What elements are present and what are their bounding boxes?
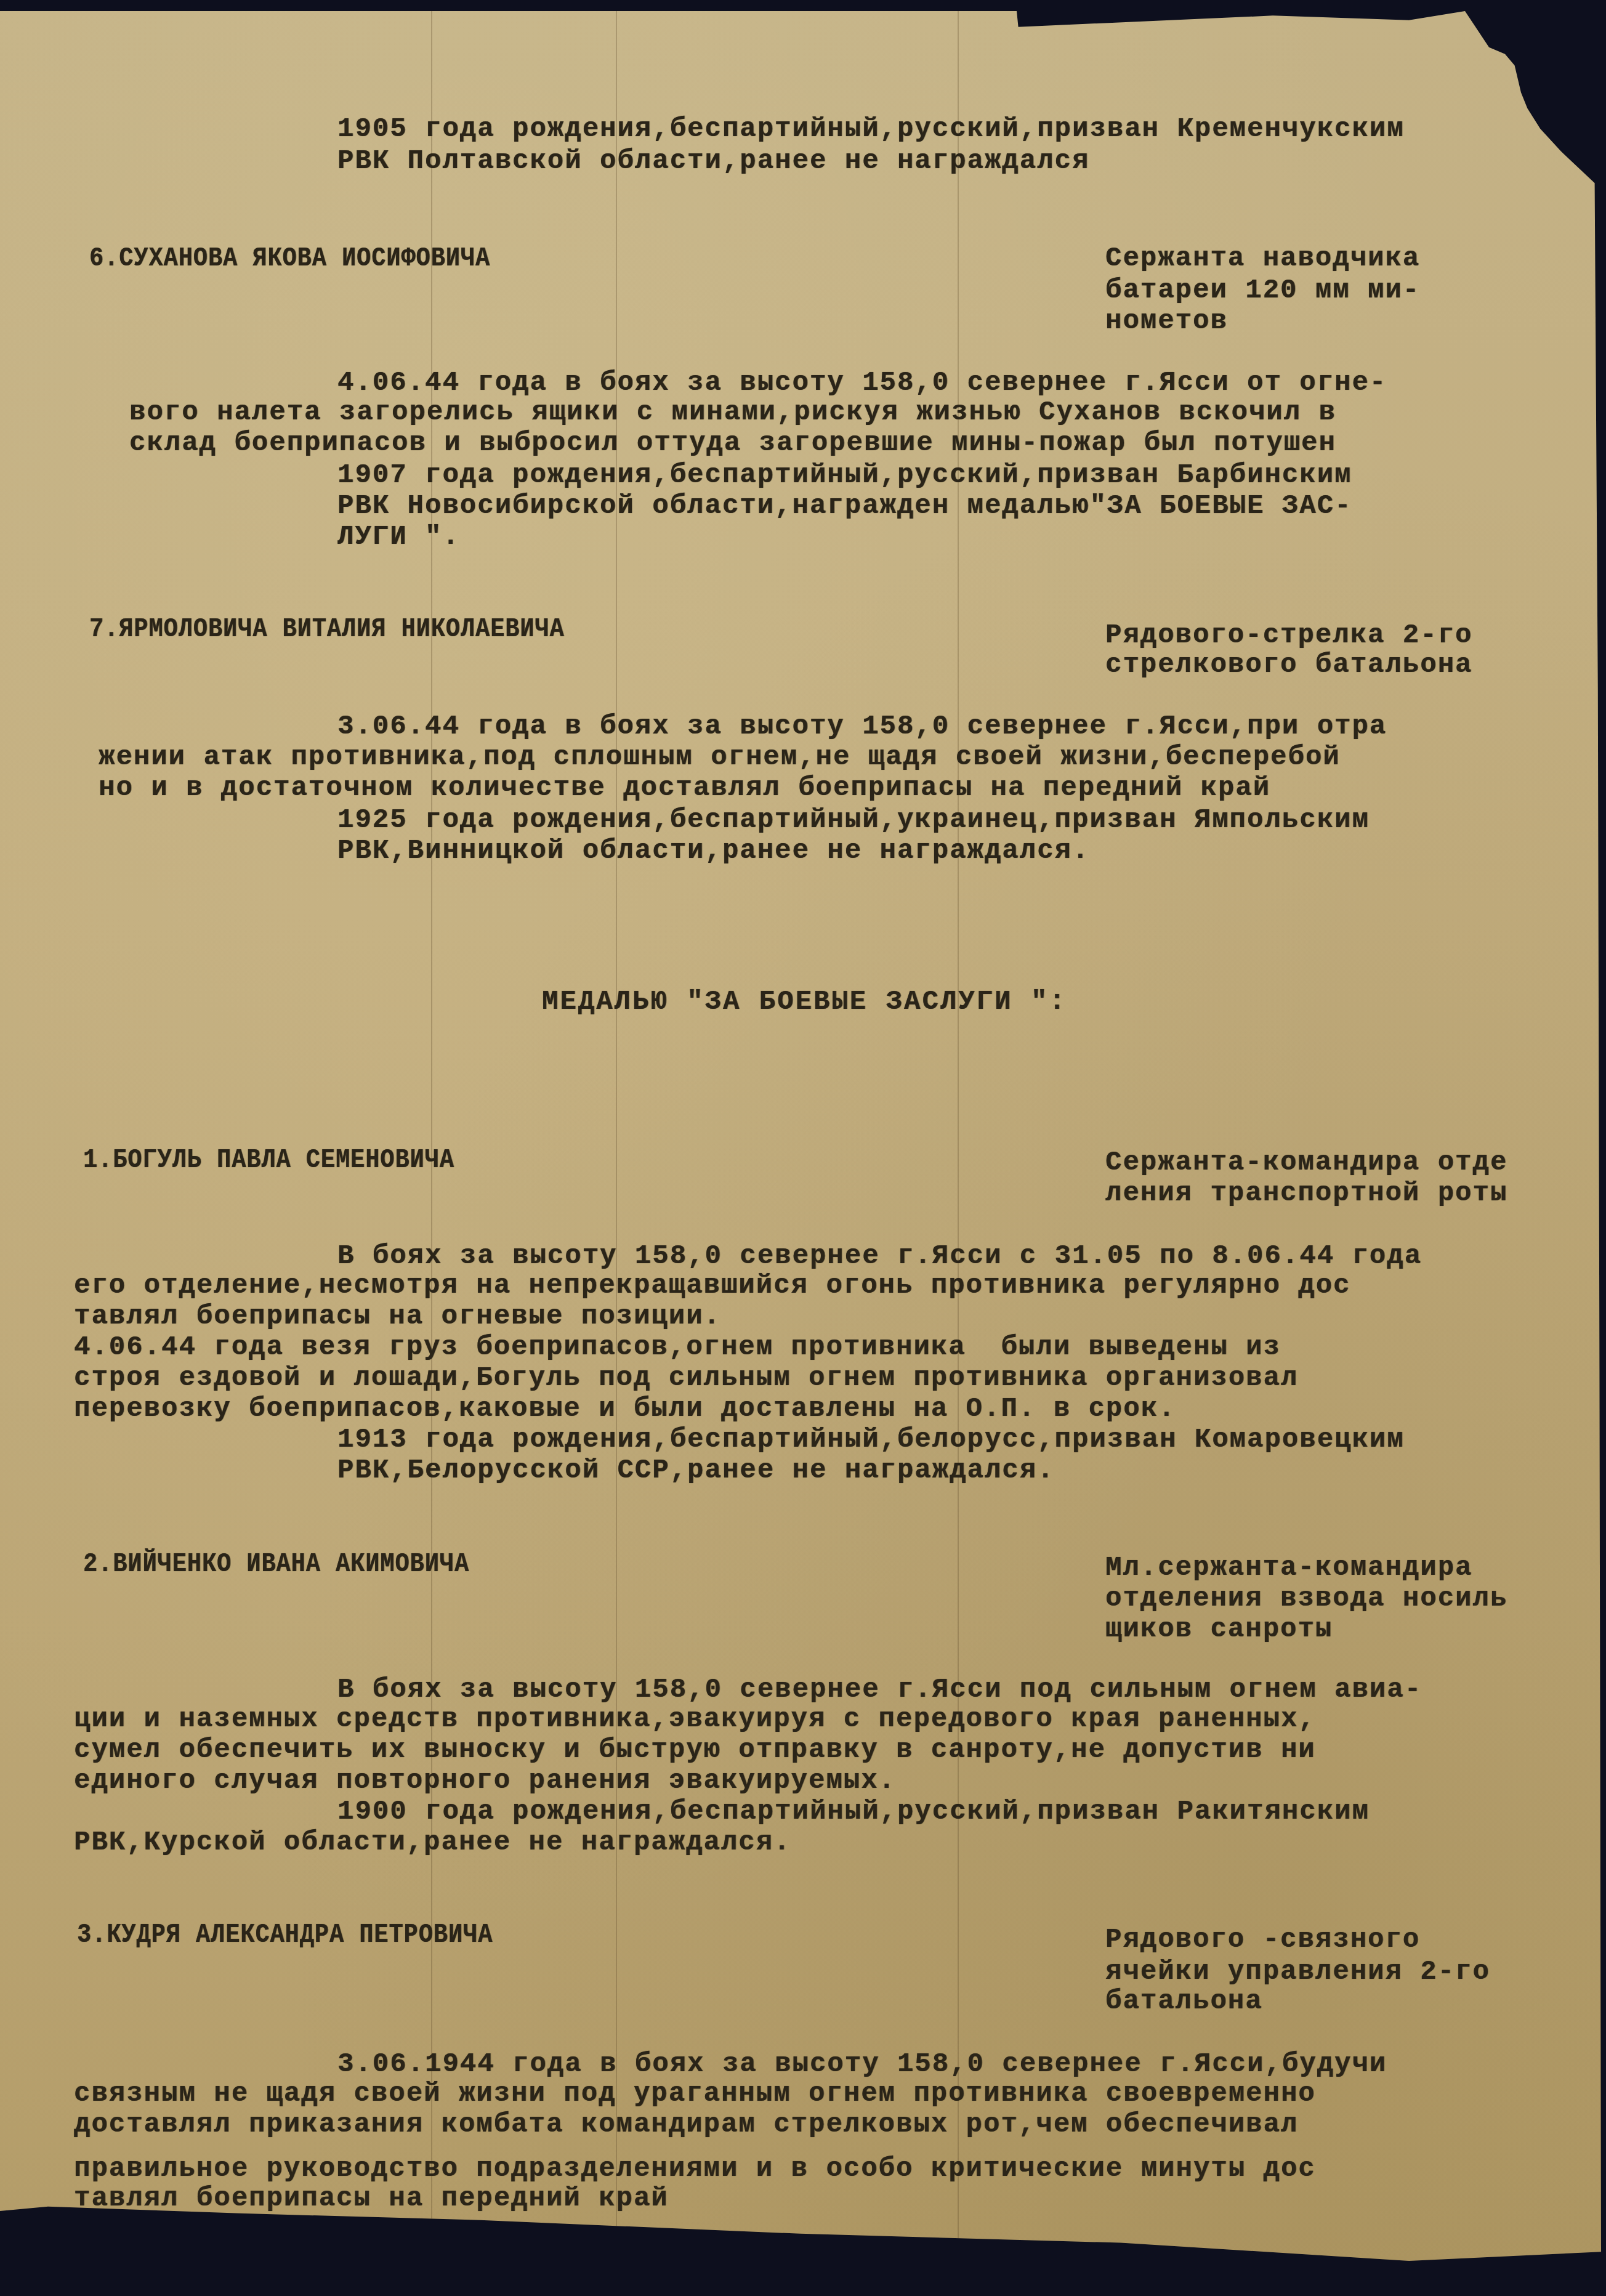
- citation-line: строя ездовой и лошади,Богуль под сильны…: [74, 1365, 1298, 1392]
- paper-fold-line: [616, 11, 617, 2274]
- recipient-rank: батальона: [1105, 1988, 1263, 2015]
- citation-line: тавлял боеприпасы на передний край: [74, 2185, 669, 2212]
- section-heading: МЕДАЛЬЮ "ЗА БОЕВЫЕ ЗАСЛУГИ ":: [542, 988, 1067, 1016]
- recipient-rank: ячейки управления 2-го: [1105, 1958, 1490, 1986]
- recipient-rank: Рядового-стрелка 2-го: [1105, 622, 1473, 649]
- citation-line: В боях за высоту 158,0 севернее г.Ясси с…: [337, 1243, 1422, 1270]
- citation-line: перевозку боеприпасов,каковые и были дос…: [74, 1396, 1176, 1423]
- recipient-rank: нометов: [1105, 308, 1228, 335]
- citation-line: 4.06.44 года везя груз боеприпасов,огнем…: [74, 1334, 1281, 1361]
- bio-line: РВК,Курской области,ранее не награждался…: [74, 1829, 791, 1856]
- continuation-line: РВК Полтавской области,ранее не награжда…: [337, 148, 1089, 175]
- citation-line: доставлял приказания комбата командирам …: [74, 2111, 1298, 2138]
- citation-line: но и в достаточном количестве доставлял …: [99, 775, 1270, 802]
- recipient-rank: Сержанта-командира отде: [1105, 1149, 1507, 1176]
- citation-line: сумел обеспечить их выноску и быструю от…: [74, 1737, 1316, 1764]
- recipient-name: 6.СУХАНОВА ЯКОВА ИОСИФОВИЧА: [89, 245, 490, 272]
- citation-line: тавлял боеприпасы на огневые позиции.: [74, 1303, 721, 1330]
- bio-line: ЛУГИ ".: [337, 523, 460, 551]
- citation-line: единого случая повторного ранения эвакуи…: [74, 1768, 896, 1795]
- citation-line: 4.06.44 года в боях за высоту 158,0 севе…: [337, 370, 1387, 397]
- citation-line: В боях за высоту 158,0 севернее г.Ясси п…: [337, 1676, 1422, 1704]
- bio-line: 1925 года рождения,беспартийный,украинец…: [337, 807, 1370, 834]
- recipient-rank: щиков санроты: [1105, 1616, 1333, 1643]
- recipient-rank: Сержанта наводчика: [1105, 245, 1420, 272]
- bio-line: РВК,Белорусской ССР,ранее не награждался…: [337, 1457, 1055, 1484]
- citation-line: связным не щадя своей жизни под ураганны…: [74, 2080, 1316, 2108]
- bio-line: 1907 года рождения,беспартийный,русский,…: [337, 462, 1352, 489]
- citation-line: правильное руководство подразделениями и…: [74, 2156, 1316, 2183]
- bio-line: 1900 года рождения,беспартийный,русский,…: [337, 1798, 1370, 1825]
- citation-line: 3.06.1944 года в боях за высоту 158,0 се…: [337, 2051, 1387, 2078]
- recipient-name: 3.КУДРЯ АЛЕКСАНДРА ПЕТРОВИЧА: [77, 1922, 493, 1949]
- recipient-rank: Мл.сержанта-командира: [1105, 1554, 1473, 1582]
- bio-line: 1913 года рождения,беспартийный,белорусс…: [337, 1426, 1405, 1453]
- recipient-name: 2.ВИЙЧЕНКО ИВАНА АКИМОВИЧА: [83, 1551, 469, 1578]
- bio-line: РВК Новосибирской области,награжден меда…: [337, 493, 1352, 520]
- citation-line: вого налета загорелись ящики с минами,ри…: [129, 399, 1336, 426]
- citation-line: жении атак противника,под сплошным огнем…: [99, 744, 1341, 771]
- paper-fold-line: [958, 11, 959, 2274]
- bio-line: РВК,Винницкой области,ранее не награждал…: [337, 838, 1089, 865]
- citation-line: 3.06.44 года в боях за высоту 158,0 севе…: [337, 713, 1387, 740]
- continuation-line: 1905 года рождения,беспартийный,русский,…: [337, 116, 1405, 143]
- recipient-rank: Рядового -связного: [1105, 1926, 1420, 1954]
- citation-line: склад боеприпасов и выбросил оттуда заго…: [129, 430, 1336, 457]
- recipient-name: 1.БОГУЛЬ ПАВЛА СЕМЕНОВИЧА: [83, 1147, 454, 1174]
- recipient-rank: ления транспортной роты: [1105, 1180, 1507, 1207]
- recipient-rank: стрелкового батальона: [1105, 652, 1473, 679]
- citation-line: его отделение,несмотря на непрекращавший…: [74, 1272, 1351, 1300]
- citation-line: ции и наземных средств противника,эвакуи…: [74, 1706, 1316, 1733]
- recipient-name: 7.ЯРМОЛОВИЧА ВИТАЛИЯ НИКОЛАЕВИЧА: [89, 616, 565, 643]
- recipient-rank: батареи 120 мм ми-: [1105, 277, 1420, 304]
- recipient-rank: отделения взвода носиль: [1105, 1585, 1507, 1612]
